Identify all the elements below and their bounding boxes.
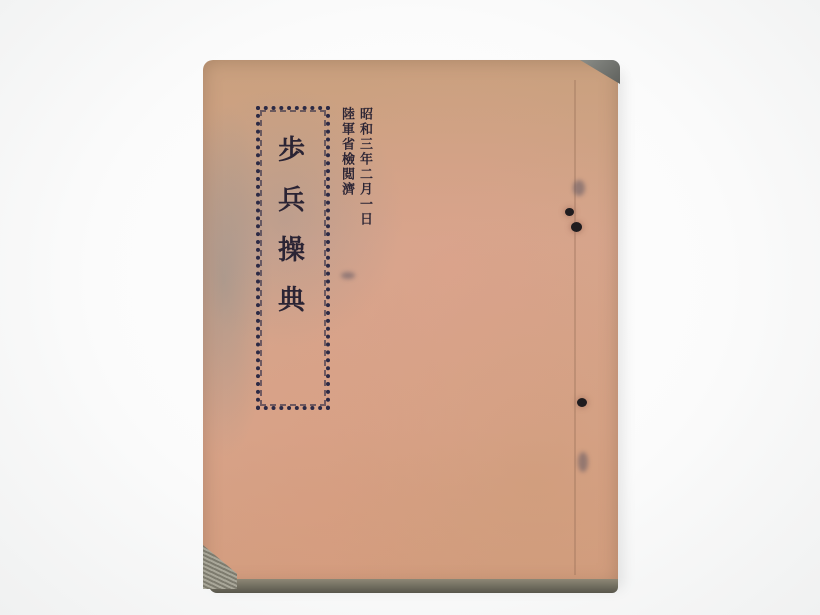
army-approval-stamp: 陸軍省檢閲濟 [337,107,356,197]
binding-hole [577,398,587,407]
spine-crease [574,80,576,575]
ink-smudge [341,272,355,279]
worn-corner-top-right [580,60,620,84]
book-title: 歩兵操典 [268,135,308,335]
book-cover: 歩兵操典 昭和三年二月一日 陸軍省檢閲濟 [203,60,618,585]
binding-hole [565,208,574,216]
page-edges [209,579,618,593]
binding-hole [571,222,582,232]
publication-date: 昭和三年二月一日 [355,107,374,227]
ink-smudge [578,452,588,472]
ink-smudge [573,180,585,196]
worn-corner-bottom-left [203,545,237,589]
